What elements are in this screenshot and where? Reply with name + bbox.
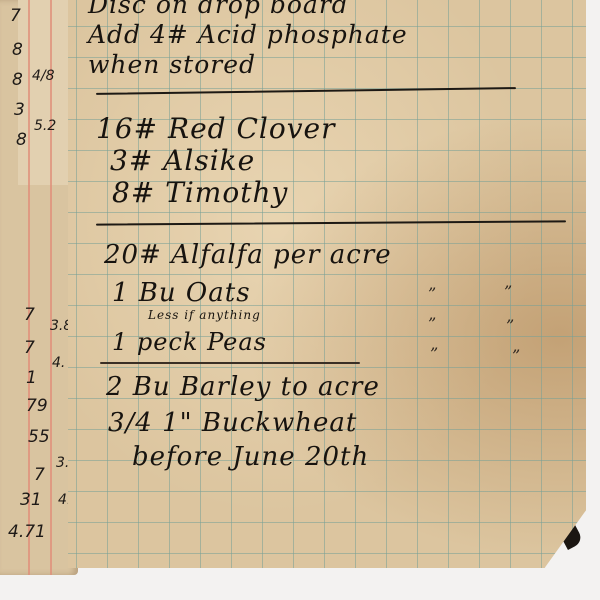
handwritten-line: 1 peck Peas [112,328,267,356]
handwritten-note: Less if anything [148,308,261,322]
handwritten-line: 3/4 1" Buckwheat [108,408,357,438]
red-margin-rule [50,0,52,575]
handwritten-line: 3# Alsike [110,144,255,177]
ditto-mark: ” [512,346,520,365]
handwritten-line: 1 Bu Oats [112,278,251,308]
handwritten-line: 20# Alfalfa per acre [104,240,392,270]
handwritten-line: when stored [88,50,256,79]
red-margin-rule [28,0,30,575]
ditto-mark: ” [430,344,438,363]
notebook-photo: 7 8 8 3 8 7 7 1 79 55 7 31 4.71 4/8 5.2 … [0,0,600,600]
ditto-mark: ” [428,284,436,303]
left-page: 7 8 8 3 8 7 7 1 79 55 7 31 4.71 4/8 5.2 … [0,0,78,575]
handwritten-line: 2 Bu Barley to acre [106,372,380,402]
handwritten-line: Disc on drop board [88,0,349,19]
handwritten-line: Add 4# Acid phosphate [88,20,408,49]
handwritten-line: 16# Red Clover [96,112,335,145]
ditto-mark: ” [504,282,512,301]
torn-page-fold [18,0,76,185]
handwritten-line: 8# Timothy [112,176,288,209]
ditto-mark: ” [506,316,514,335]
handwritten-line: before June 20th [132,442,369,472]
underline-divider [100,362,360,364]
ditto-mark: ” [428,314,436,333]
